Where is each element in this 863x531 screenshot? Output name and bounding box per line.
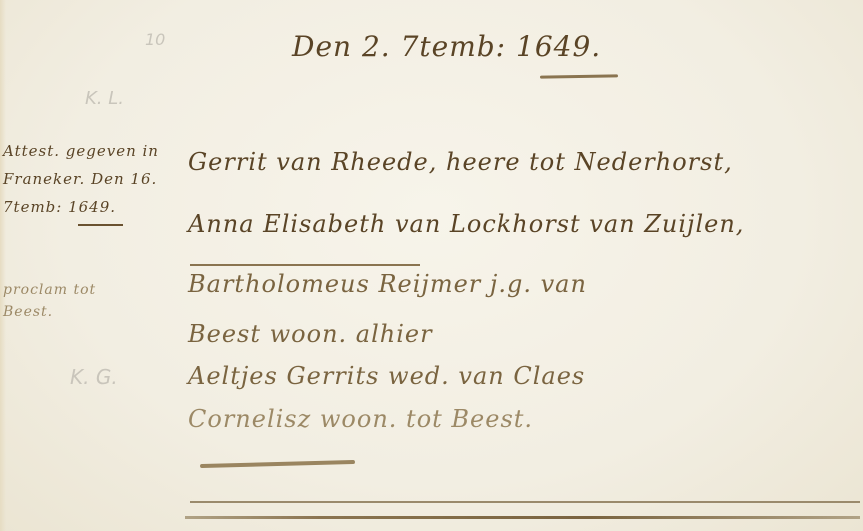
- margin-note-underline: [78, 224, 123, 226]
- closing-stroke: [200, 460, 355, 468]
- pencil-mark-top: 10: [145, 30, 165, 49]
- manuscript-page: 10 K. L. K. G. Den 2. 7temb: 1649. Attes…: [0, 0, 863, 531]
- margin-note-attest-line3: 7temb: 1649.: [3, 198, 116, 216]
- section-rule-lower: [185, 516, 860, 519]
- entry-separator: [190, 264, 420, 266]
- margin-note-proclam-line2: Beest.: [3, 304, 53, 320]
- entry-date-heading: Den 2. 7temb: 1649.: [292, 30, 601, 63]
- margin-note-attest-line2: Franeker. Den 16.: [3, 170, 157, 188]
- entry2-groom-line1: Bartholomeus Reijmer j.g. van: [188, 270, 587, 298]
- pencil-mark-1: K. L.: [85, 88, 124, 109]
- margin-note-attest-line1: Attest. gegeven in: [3, 142, 159, 160]
- entry2-bride-line2: Cornelisz woon. tot Beest.: [188, 405, 533, 433]
- page-edge: [0, 0, 6, 531]
- entry2-groom-line2: Beest woon. alhier: [188, 320, 433, 348]
- entry1-groom: Gerrit van Rheede, heere tot Nederhorst,: [188, 148, 733, 176]
- entry1-bride: Anna Elisabeth van Lockhorst van Zuijlen…: [188, 210, 744, 238]
- margin-note-proclam-line1: proclam tot: [3, 282, 96, 298]
- date-underline: [540, 74, 618, 78]
- section-rule-upper: [190, 501, 860, 503]
- pencil-mark-2: K. G.: [70, 365, 118, 389]
- entry2-bride-line1: Aeltjes Gerrits wed. van Claes: [188, 362, 585, 390]
